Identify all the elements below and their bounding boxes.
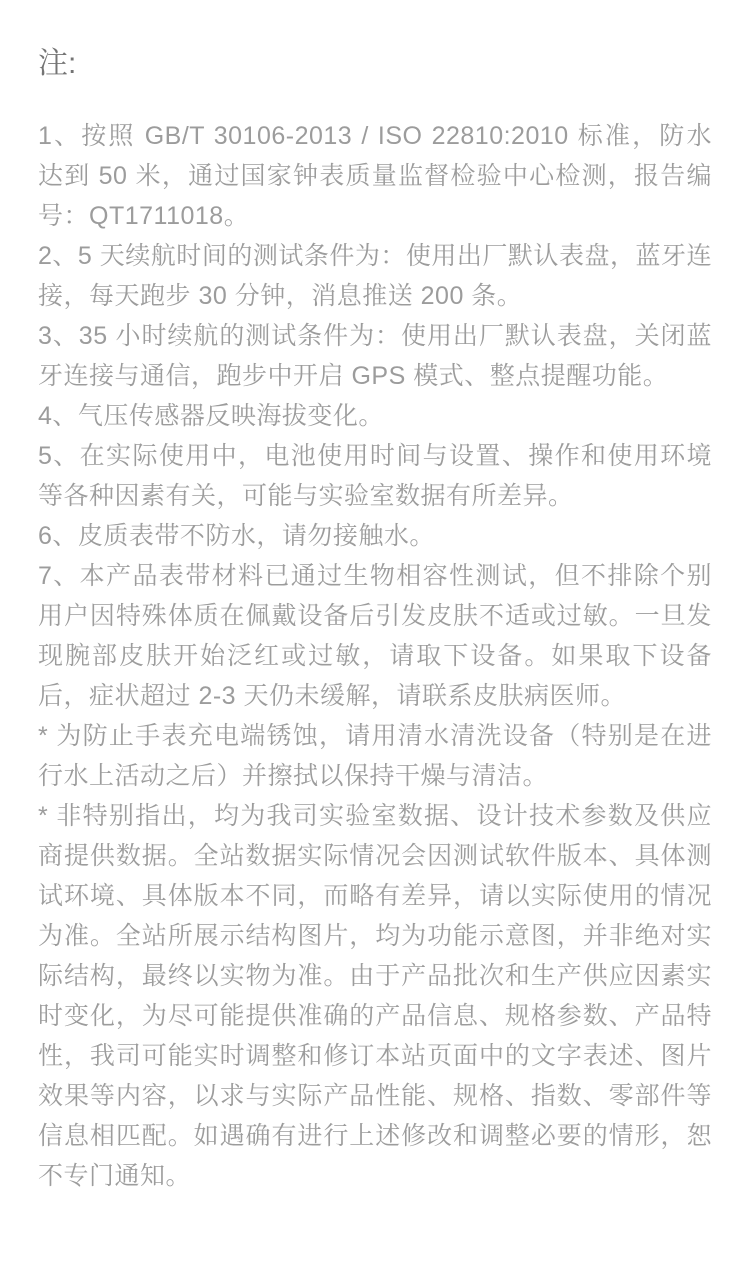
note-paragraph-6: 6、皮质表带不防水，请勿接触水。	[38, 516, 712, 556]
note-paragraph-4: 4、气压传感器反映海拔变化。	[38, 396, 712, 436]
note-footnote-2: * 非特别指出，均为我司实验室数据、设计技术参数及供应商提供数据。全站数据实际情…	[38, 796, 712, 1196]
product-notes-section: 注: 1、按照 GB/T 30106-2013 / ISO 22810:2010…	[0, 0, 750, 1196]
note-paragraph-1: 1、按照 GB/T 30106-2013 / ISO 22810:2010 标准…	[38, 116, 712, 236]
note-paragraph-2: 2、5 天续航时间的测试条件为：使用出厂默认表盘，蓝牙连接，每天跑步 30 分钟…	[38, 236, 712, 316]
note-footnote-1: * 为防止手表充电端锈蚀，请用清水清洗设备（特别是在进行水上活动之后）并擦拭以保…	[38, 716, 712, 796]
note-paragraph-7: 7、本产品表带材料已通过生物相容性测试，但不排除个别用户因特殊体质在佩戴设备后引…	[38, 556, 712, 716]
note-paragraph-3: 3、35 小时续航的测试条件为：使用出厂默认表盘，关闭蓝牙连接与通信，跑步中开启…	[38, 316, 712, 396]
notes-heading: 注:	[38, 46, 712, 82]
note-paragraph-5: 5、在实际使用中，电池使用时间与设置、操作和使用环境等各种因素有关，可能与实验室…	[38, 436, 712, 516]
